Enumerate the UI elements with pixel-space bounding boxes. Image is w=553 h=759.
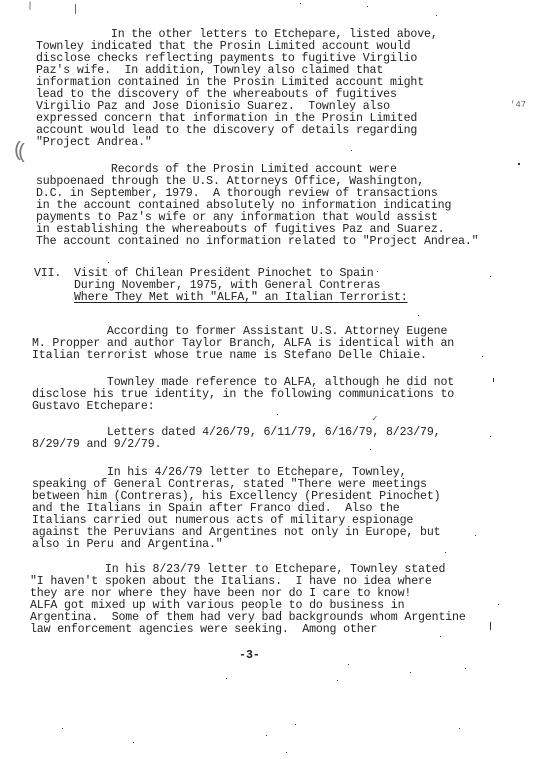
heading-line-underlined: Where They Met with "ALFA," an Italian T… xyxy=(74,292,408,304)
scan-speck-decoration xyxy=(418,315,419,316)
scan-speck-decoration xyxy=(295,724,296,725)
text-line: "Project Andrea." xyxy=(36,137,152,149)
scan-speck-decoration xyxy=(286,752,287,753)
scan-speck-decoration xyxy=(475,535,476,536)
text-line: law enforcement agencies were seeking. A… xyxy=(30,624,377,636)
scan-speck-decoration xyxy=(490,436,491,437)
scan-speck-decoration xyxy=(482,356,483,357)
scan-speck-decoration xyxy=(277,414,278,415)
scan-speck-decoration xyxy=(493,378,494,382)
scan-speck-decoration xyxy=(518,163,520,165)
scan-speck-decoration xyxy=(445,552,446,553)
checkmark-decoration: ✓ xyxy=(372,414,377,424)
text-line: also in Peru and Argentina." xyxy=(32,539,223,551)
scan-speck-decoration xyxy=(108,262,109,263)
scan-speck-decoration xyxy=(348,664,349,665)
scan-speck-decoration xyxy=(226,678,227,679)
scan-speck-decoration xyxy=(440,636,441,637)
scan-speck-decoration xyxy=(498,604,499,605)
scan-speck-decoration xyxy=(436,15,437,16)
scan-speck-decoration xyxy=(465,668,466,669)
scan-speck-decoration xyxy=(75,4,76,14)
scan-mark-decoration: \ xyxy=(24,1,35,14)
scan-speck-decoration xyxy=(300,3,301,4)
text-line: Italian terrorist whose true name is Ste… xyxy=(32,350,427,362)
scan-speck-decoration xyxy=(459,728,460,729)
scan-speck-decoration xyxy=(370,449,371,450)
text-line: 8/29/79 and 9/2/79. xyxy=(32,439,161,451)
scan-speck-decoration xyxy=(377,271,378,272)
scan-speck-decoration xyxy=(337,680,338,681)
text-line: The account contained no information rel… xyxy=(36,236,478,248)
scan-speck-decoration xyxy=(133,742,134,743)
scan-speck-decoration xyxy=(410,672,411,673)
text-line: Gustavo Etchepare: xyxy=(32,401,155,413)
scan-speck-decoration xyxy=(266,735,267,736)
margin-note-decoration: '47 xyxy=(510,100,526,110)
scan-speck-decoration xyxy=(490,622,491,630)
scan-speck-decoration xyxy=(351,150,352,151)
scan-speck-decoration xyxy=(62,728,63,729)
section-number: VII. xyxy=(34,268,61,280)
scan-speck-decoration xyxy=(226,267,227,268)
scan-speck-decoration xyxy=(490,276,491,277)
document-page: In the other letters to Etchepare, liste… xyxy=(0,0,553,759)
scan-speck-decoration xyxy=(367,6,368,7)
margin-bracket-decoration: ( xyxy=(16,142,28,165)
page-number: -3- xyxy=(239,649,260,662)
